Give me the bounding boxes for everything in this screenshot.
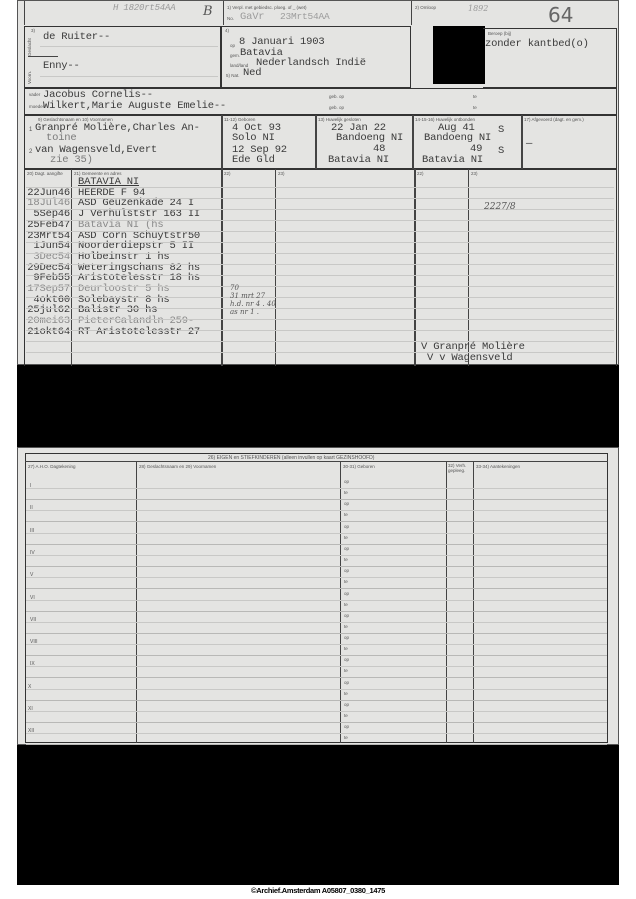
divider bbox=[28, 56, 58, 57]
rule bbox=[26, 677, 607, 678]
child-born-te-label: te bbox=[344, 512, 348, 517]
divider bbox=[521, 115, 523, 169]
divider bbox=[221, 115, 223, 169]
spouse-2-name-cont: zie 35) bbox=[50, 155, 93, 166]
col-23b-header: 23) bbox=[471, 171, 478, 176]
top-left-code: H 1820rt54AA bbox=[113, 3, 175, 14]
rule bbox=[26, 566, 607, 567]
divider bbox=[136, 461, 137, 743]
rule bbox=[26, 297, 614, 298]
rule bbox=[26, 689, 607, 690]
birth-place-label: gem. bbox=[230, 53, 240, 58]
birth-num: 4) bbox=[225, 28, 229, 33]
spouse-2-dissolved-by: S bbox=[498, 146, 504, 157]
born-header: 30-31) Geboren bbox=[343, 464, 375, 469]
father-geb-op-label: geb. op bbox=[329, 94, 344, 99]
rule bbox=[26, 242, 614, 243]
rule bbox=[26, 220, 614, 221]
rule bbox=[26, 308, 614, 309]
field-1-label: 1) Verpl. met gebiedsc. ploeg. of _ (wet… bbox=[227, 5, 307, 10]
mother-geb-op-label: geb. op bbox=[329, 105, 344, 110]
child-born-op-label: op bbox=[344, 546, 349, 551]
person-card-front: H 1820rt54AA B 1) Verpl. met gebiedsc. p… bbox=[17, 0, 619, 365]
rule bbox=[26, 341, 614, 342]
rule bbox=[26, 588, 607, 589]
divider bbox=[412, 115, 414, 169]
child-born-op-label: op bbox=[344, 680, 349, 685]
rule bbox=[26, 544, 607, 545]
rule bbox=[26, 264, 614, 265]
rule bbox=[26, 286, 614, 287]
archive-credit: ©Archief.Amsterdam A05807_0380_1475 bbox=[0, 886, 636, 895]
nationality-label: 5) Nat. bbox=[226, 73, 240, 78]
rule bbox=[26, 231, 614, 232]
rule bbox=[26, 622, 607, 623]
field-2-value: 1892 bbox=[468, 4, 488, 13]
rule bbox=[26, 330, 614, 331]
rule bbox=[26, 319, 614, 320]
address-line: RT Aristotelesstr 27 bbox=[78, 327, 200, 338]
child-born-op-label: op bbox=[344, 635, 349, 640]
rule bbox=[26, 510, 607, 511]
spouse-2-dissolved-place: Batavia NI bbox=[422, 155, 483, 166]
separated-header: 17) Afgevoerd (dagt. en gem.) bbox=[524, 117, 584, 122]
child-born-te-label: te bbox=[344, 713, 348, 718]
child-born-te-label: te bbox=[344, 579, 348, 584]
rule bbox=[40, 76, 218, 77]
surname-side-label: Geslacht bbox=[27, 38, 32, 56]
mother-te-label: te bbox=[473, 105, 477, 110]
surname-header: 28) Geslachtsnaam en 29) Voornamen bbox=[139, 464, 216, 469]
spouse-1-index: 1 bbox=[29, 127, 32, 133]
child-born-op-label: op bbox=[344, 613, 349, 618]
rule bbox=[26, 700, 607, 701]
child-born-op-label: op bbox=[344, 657, 349, 662]
spouse-1-dissolved-by: S bbox=[498, 125, 504, 136]
right-typed-2: V v Wagensveld bbox=[427, 353, 512, 364]
rule bbox=[26, 253, 614, 254]
child-born-te-label: te bbox=[344, 602, 348, 607]
separated-value: — bbox=[526, 139, 532, 150]
col-22b-header: 22) bbox=[417, 171, 424, 176]
child-born-te-label: te bbox=[344, 490, 348, 495]
mother-label: moeder bbox=[29, 104, 44, 109]
field-2-label: 2) Omloop bbox=[415, 5, 436, 10]
date-header: 20) Dagt. aangifte bbox=[27, 171, 63, 176]
child-born-te-label: te bbox=[344, 735, 348, 740]
col-23-header: 23) bbox=[278, 171, 285, 176]
col-22-header: 22) bbox=[224, 171, 231, 176]
right-handwritten-note: 2227/8 bbox=[484, 202, 516, 212]
rule bbox=[26, 555, 607, 556]
spouse-1-married-place: Bandoeng NI bbox=[336, 133, 403, 144]
rule bbox=[26, 533, 607, 534]
field-1-no-label: No. bbox=[227, 16, 234, 21]
rule bbox=[26, 600, 607, 601]
spouse-2-index: 2 bbox=[29, 149, 32, 155]
child-born-op-label: op bbox=[344, 524, 349, 529]
child-born-op-label: op bbox=[344, 479, 349, 484]
rule bbox=[26, 275, 614, 276]
spouse-1-name-cont: toine bbox=[46, 133, 77, 144]
rule bbox=[26, 666, 607, 667]
child-born-op-label: op bbox=[344, 591, 349, 596]
birth-date-label: op bbox=[230, 43, 235, 48]
handwritten-note-2: 31 mrt 27 bbox=[230, 292, 265, 300]
redacted-photo bbox=[433, 26, 485, 84]
rule bbox=[26, 187, 614, 188]
rule bbox=[26, 633, 607, 634]
rule bbox=[26, 655, 607, 656]
verh-header: 32) Verh. gepleeg. bbox=[448, 463, 473, 473]
divider bbox=[315, 115, 317, 169]
mother: Wilkert,Marie Auguste Emelie-- bbox=[43, 101, 226, 112]
child-born-te-label: te bbox=[344, 668, 348, 673]
surname: de Ruiter-- bbox=[43, 32, 110, 43]
rule bbox=[26, 521, 607, 522]
rule bbox=[26, 744, 607, 745]
divider bbox=[223, 1, 224, 25]
rule bbox=[26, 198, 614, 199]
divider bbox=[446, 461, 447, 743]
spouse-2-married-place: Batavia NI bbox=[328, 155, 389, 166]
first-names-side-label: Voorn. bbox=[27, 71, 32, 84]
ahd-header: 27) A.H.O. Dagtekening bbox=[28, 464, 76, 469]
occupation-box bbox=[483, 28, 617, 88]
child-born-te-label: te bbox=[344, 691, 348, 696]
field-1-value: GaVr bbox=[240, 12, 264, 23]
address-date: 21okt64 bbox=[26, 327, 70, 338]
child-born-op-label: op bbox=[344, 501, 349, 506]
nationality: Ned bbox=[243, 68, 261, 79]
children-title: 26) EIGEN en STIEFKINDEREN (alleen invul… bbox=[208, 455, 374, 461]
rule bbox=[26, 209, 614, 210]
page-number: 64 bbox=[548, 3, 573, 27]
handwritten-note-3: h.d. nr 4 . 40 bbox=[230, 300, 276, 308]
child-born-op-label: op bbox=[344, 568, 349, 573]
child-born-te-label: te bbox=[344, 557, 348, 562]
rule bbox=[26, 711, 607, 712]
rule bbox=[40, 46, 218, 47]
rule bbox=[26, 611, 607, 612]
handwritten-note-4: as nr 1 . bbox=[230, 308, 259, 316]
child-born-te-label: te bbox=[344, 646, 348, 651]
rule bbox=[26, 644, 607, 645]
rule bbox=[26, 733, 607, 734]
top-left-mark: B bbox=[203, 4, 213, 19]
rule bbox=[26, 488, 607, 489]
birth-country: Nederlandsch Indië bbox=[256, 58, 366, 69]
divider bbox=[24, 1, 25, 25]
father-te-label: te bbox=[473, 94, 477, 99]
occupation: zonder kantbed(o) bbox=[485, 39, 589, 50]
father-label: vader bbox=[29, 92, 40, 97]
child-born-op-label: op bbox=[344, 724, 349, 729]
child-born-te-label: te bbox=[344, 535, 348, 540]
rule bbox=[26, 722, 607, 723]
surname-num: 3) bbox=[31, 28, 35, 33]
child-born-te-label: te bbox=[344, 624, 348, 629]
first-names: Enny-- bbox=[43, 61, 80, 72]
rule bbox=[26, 499, 607, 500]
rule bbox=[26, 352, 614, 353]
occupation-label: Beroep (bij) bbox=[488, 31, 511, 36]
remarks-header: 33-34) Aantekeningen bbox=[476, 464, 520, 469]
handwritten-note-1: 70 bbox=[230, 284, 239, 292]
child-born-op-label: op bbox=[344, 702, 349, 707]
person-card-back: 26) EIGEN en STIEFKINDEREN (alleen invul… bbox=[17, 447, 619, 745]
rule bbox=[26, 577, 607, 578]
spouse-2-born-place: Ede Gld bbox=[232, 155, 275, 166]
divider bbox=[473, 461, 474, 743]
divider bbox=[411, 1, 412, 25]
divider bbox=[25, 461, 608, 462]
spouse-1-born-place: Solo NI bbox=[232, 133, 275, 144]
field-1-code: 23Mrt54AA bbox=[280, 12, 330, 22]
divider bbox=[340, 461, 341, 743]
